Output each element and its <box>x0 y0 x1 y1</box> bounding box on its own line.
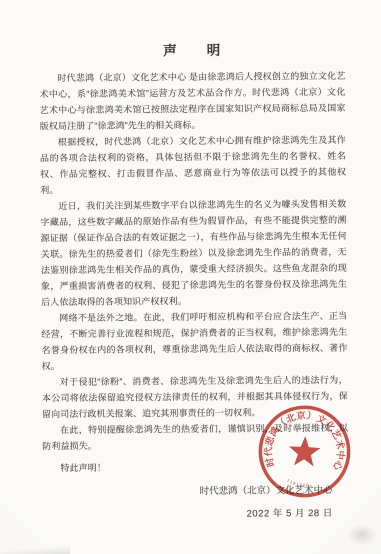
document-title: 声 明 <box>39 41 345 61</box>
star-icon <box>288 435 321 466</box>
statement-paragraph-4: 网络不是法外之地。在此，我们呼吁相应机构和平台应合法生产、正当经营，不断完善行业… <box>41 308 347 374</box>
statement-paragraph-3: 近日，我们关注到某些数字平台以徐悲鸿先生的名义为噱头发售相关数字藏品，这些数字藏… <box>40 196 347 310</box>
seal-code: 1101960 <box>286 477 311 488</box>
photo-smudge <box>347 524 377 546</box>
statement-paragraph-1: 时代悲鸿（北京）文化艺术中心 是由徐悲鸿后人授权创立的独立文化艺术中心，系“徐悲… <box>39 68 345 134</box>
statement-paragraph-2: 根据授权，时代悲鸿（北京）文化艺术中心拥有维护徐悲鸿先生及其作品的各项合法权利的… <box>40 132 346 198</box>
date-line: 2022 年 5 月 28 日 <box>43 506 333 524</box>
official-seal: 时代悲鸿（北京）文化艺术中心 1101960 <box>254 401 356 503</box>
paper-edge-shadow <box>0 540 70 554</box>
svg-text:1101960: 1101960 <box>286 477 311 488</box>
